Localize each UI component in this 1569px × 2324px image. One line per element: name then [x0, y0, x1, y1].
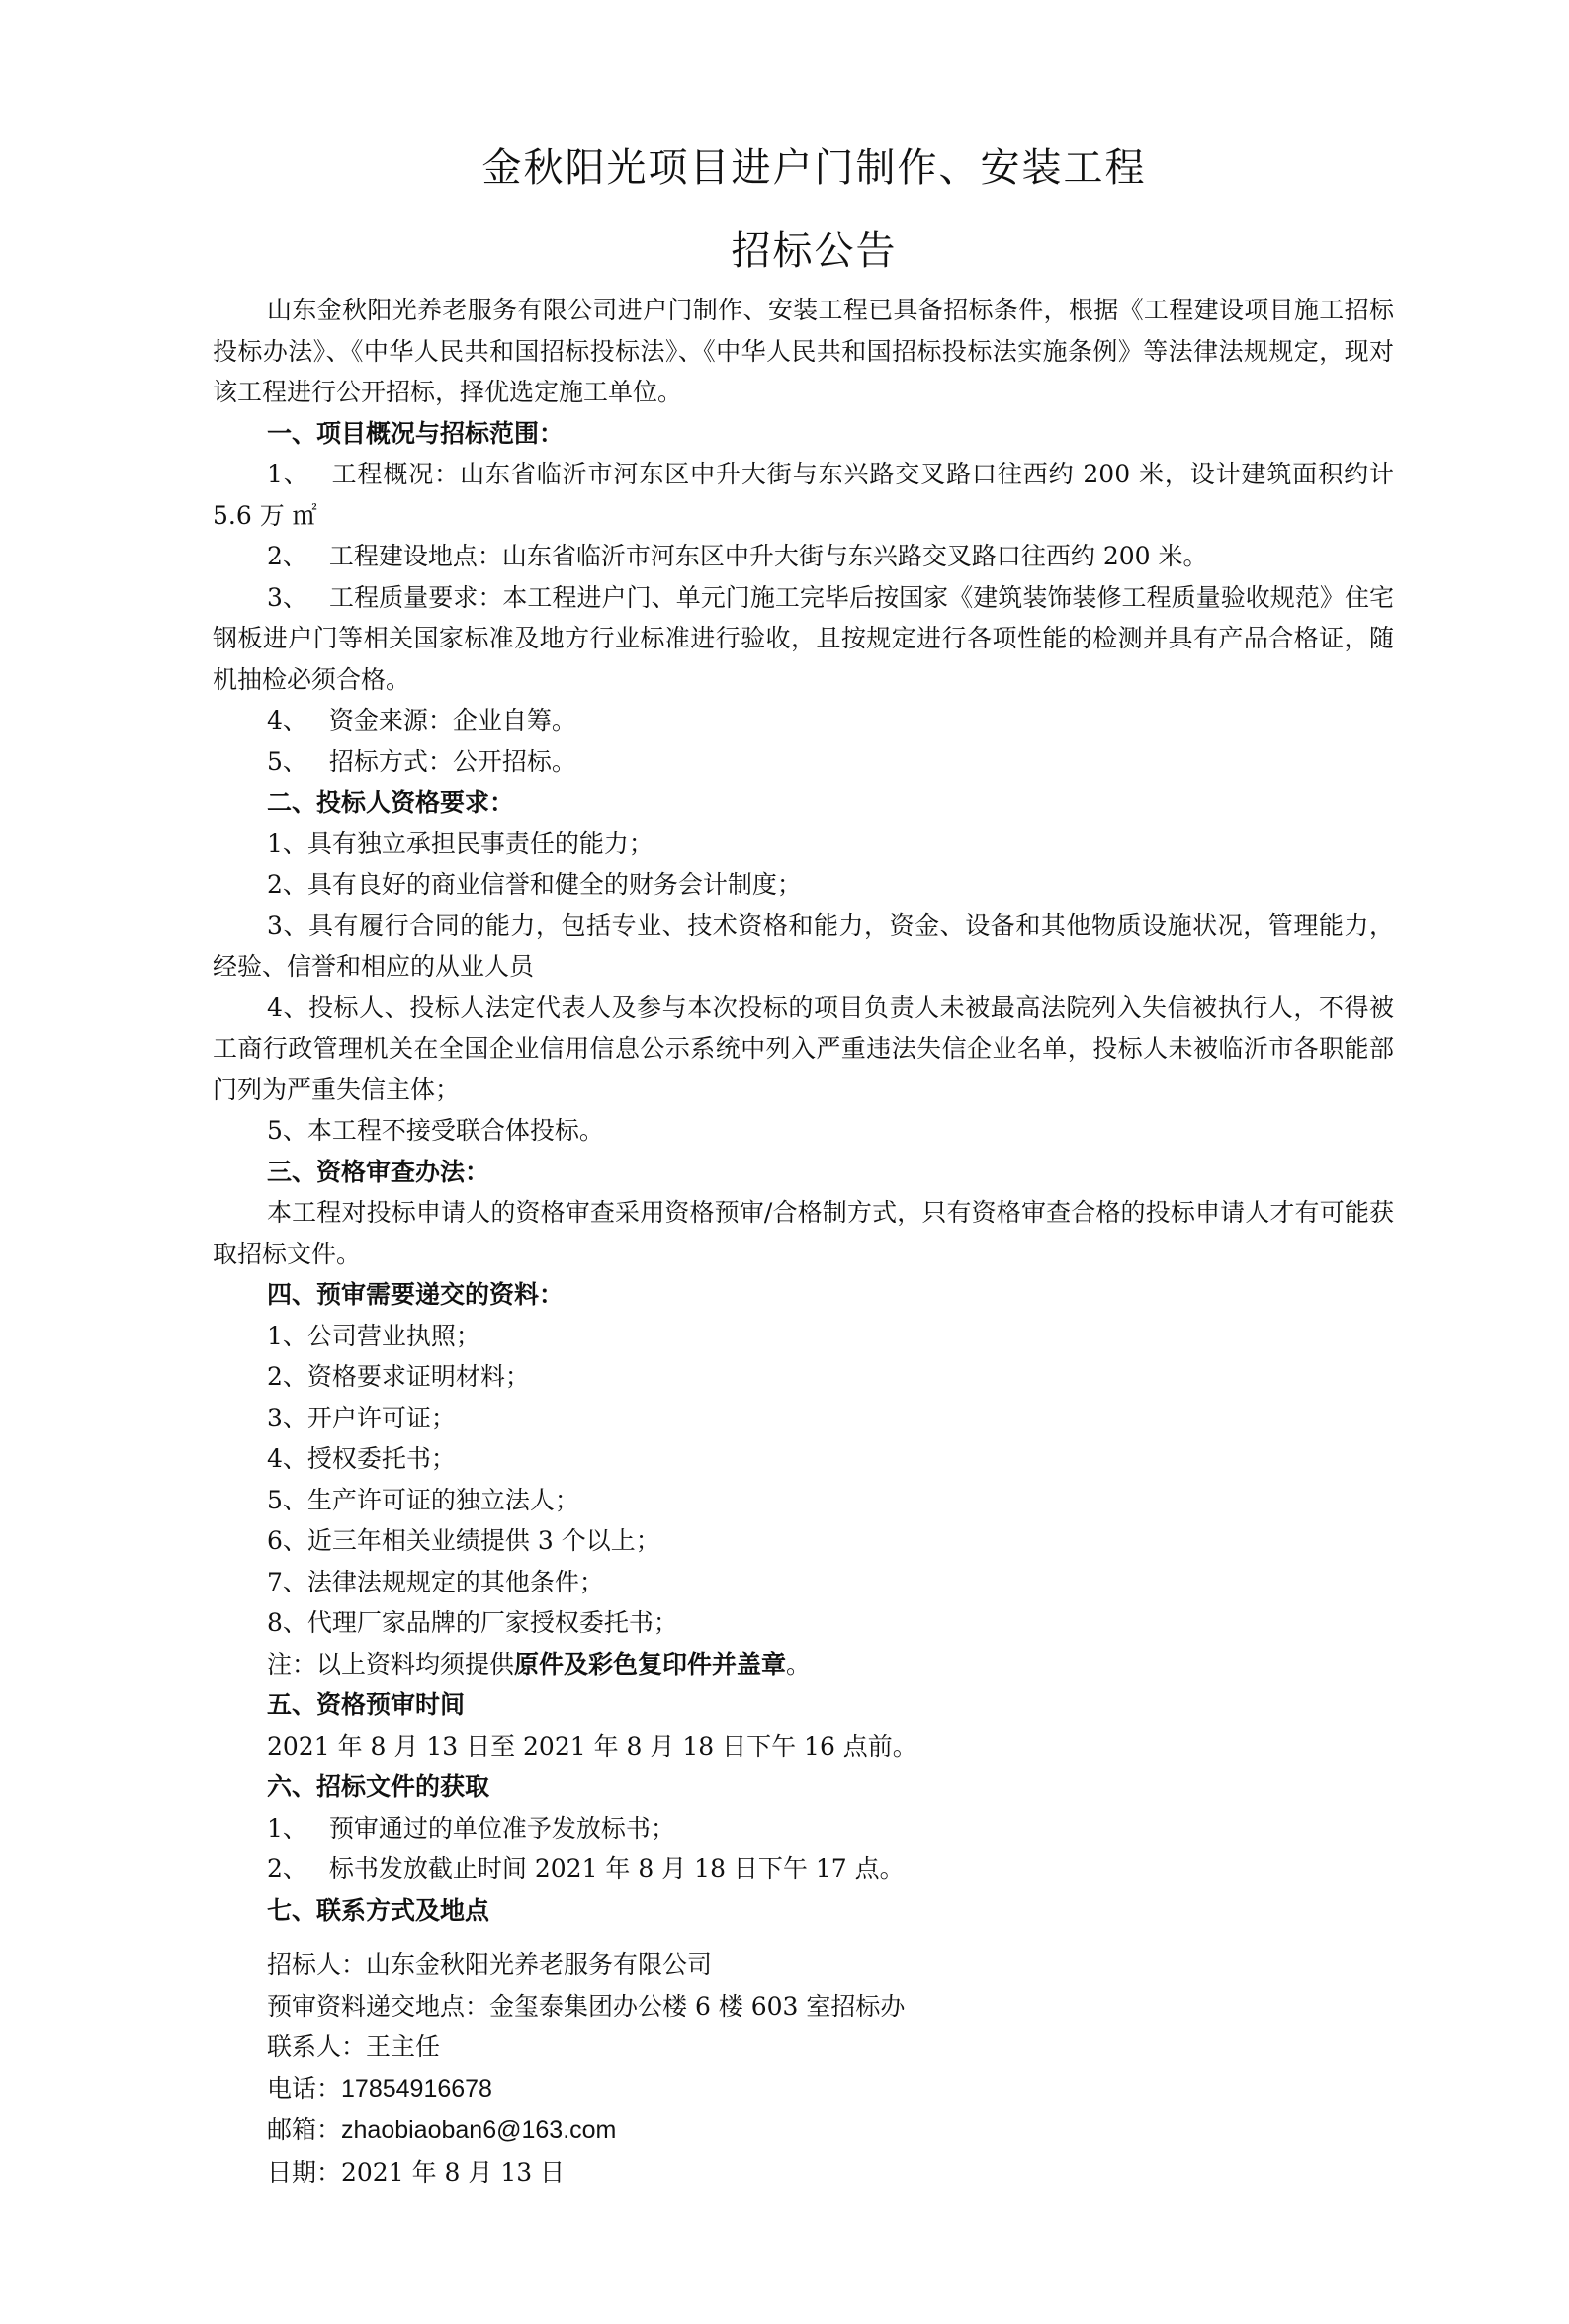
s4-item-4: 4、授权委托书；	[213, 1438, 1394, 1480]
s4-item-2: 2、资格要求证明材料；	[213, 1356, 1394, 1398]
contact-tenderer: 招标人：山东金秋阳光养老服务有限公司	[213, 1944, 1394, 1986]
s2-item-2: 2、具有良好的商业信誉和健全的财务会计制度；	[213, 864, 1394, 905]
s1-item-2: 2、工程建设地点：山东省临沂市河东区中升大街与东兴路交叉路口往西约 200 米。	[213, 536, 1394, 577]
s2-item-5: 5、本工程不接受联合体投标。	[213, 1110, 1394, 1152]
s4-item-5: 5、生产许可证的独立法人；	[213, 1480, 1394, 1521]
s5-text: 2021 年 8 月 13 日至 2021 年 8 月 18 日下午 16 点前…	[213, 1726, 1394, 1767]
s4-item-3: 3、开户许可证；	[213, 1398, 1394, 1439]
s4-item-7: 7、法律法规规定的其他条件；	[213, 1562, 1394, 1603]
s2-item-4: 4、投标人、投标人法定代表人及参与本次投标的项目负责人未被最高法院列入失信被执行…	[213, 988, 1394, 1111]
s4-note: 注：以上资料均须提供原件及彩色复印件并盖章。	[213, 1644, 1394, 1685]
contact-email: 邮箱：zhaobiaoban6@163.com	[213, 2109, 1394, 2152]
contact-phone: 电话：17854916678	[213, 2068, 1394, 2110]
s1-item-1: 1、工程概况：山东省临沂市河东区中升大街与东兴路交叉路口往西约 200 米，设计…	[213, 454, 1394, 536]
s4-item-1: 1、公司营业执照；	[213, 1316, 1394, 1357]
section-heading-3: 三、资格审查办法：	[213, 1152, 1394, 1193]
section-heading-5: 五、资格预审时间	[213, 1684, 1394, 1726]
document-body: 山东金秋阳光养老服务有限公司进户门制作、安装工程已具备招标条件，根据《工程建设项…	[213, 290, 1394, 2193]
section-heading-2: 二、投标人资格要求：	[213, 782, 1394, 823]
contact-location: 预审资料递交地点：金玺泰集团办公楼 6 楼 603 室招标办	[213, 1986, 1394, 2027]
phone-number: 17854916678	[341, 2075, 492, 2103]
s3-text: 本工程对投标申请人的资格审查采用资格预审/合格制方式，只有资格审查合格的投标申请…	[213, 1192, 1394, 1274]
s2-item-3: 3、具有履行合同的能力，包括专业、技术资格和能力，资金、设备和其他物质设施状况，…	[213, 905, 1394, 988]
s1-item-5: 5、招标方式：公开招标。	[213, 741, 1394, 783]
email-address: zhaobiaoban6@163.com	[341, 2116, 616, 2144]
s4-note-emphasis: 原件及彩色复印件并盖章	[514, 1650, 786, 1678]
contact-person: 联系人：王主任	[213, 2026, 1394, 2068]
intro-paragraph: 山东金秋阳光养老服务有限公司进户门制作、安装工程已具备招标条件，根据《工程建设项…	[213, 290, 1394, 413]
s1-item-3: 3、工程质量要求：本工程进户门、单元门施工完毕后按国家《建筑装饰装修工程质量验收…	[213, 577, 1394, 701]
s1-item-4: 4、资金来源：企业自筹。	[213, 700, 1394, 741]
document-subtitle: 招标公告	[30, 219, 1569, 276]
document-title: 金秋阳光项目进户门制作、安装工程	[30, 136, 1569, 193]
contact-date: 日期：2021 年 8 月 13 日	[213, 2152, 1394, 2194]
section-heading-1: 一、项目概况与招标范围：	[213, 413, 1394, 455]
s6-item-2: 2、标书发放截止时间 2021 年 8 月 18 日下午 17 点。	[213, 1849, 1394, 1890]
section-heading-6: 六、招标文件的获取	[213, 1766, 1394, 1808]
s4-item-6: 6、近三年相关业绩提供 3 个以上；	[213, 1520, 1394, 1562]
s4-item-8: 8、代理厂家品牌的厂家授权委托书；	[213, 1602, 1394, 1644]
section-heading-4: 四、预审需要递交的资料：	[213, 1274, 1394, 1316]
section-heading-7: 七、联系方式及地点	[213, 1890, 1394, 1932]
s6-item-1: 1、预审通过的单位准予发放标书；	[213, 1808, 1394, 1850]
s2-item-1: 1、具有独立承担民事责任的能力；	[213, 823, 1394, 865]
